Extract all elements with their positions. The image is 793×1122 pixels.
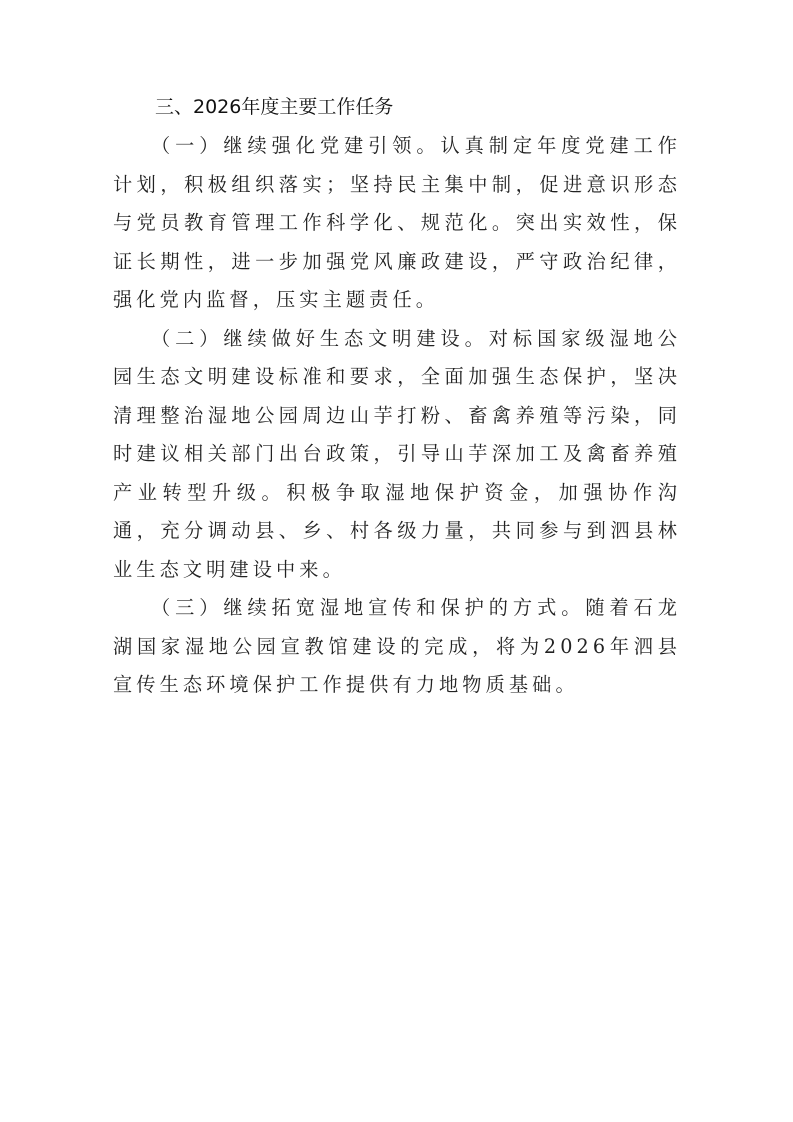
document-page: 三、2026年度主要工作任务 （一）继续强化党建引领。认真制定年度党建工作计划，… (113, 93, 681, 705)
paragraph-party-building: （一）继续强化党建引领。认真制定年度党建工作计划，积极组织落实；坚持民主集中制，… (113, 127, 681, 320)
section-heading: 三、2026年度主要工作任务 (113, 93, 681, 121)
paragraph-ecological-civilization: （二）继续做好生态文明建设。对标国家级湿地公园生态文明建设标准和要求，全面加强生… (113, 320, 681, 590)
paragraph-wetland-publicity: （三）继续拓宽湿地宣传和保护的方式。随着石龙湖国家湿地公园宣教馆建设的完成，将为… (113, 589, 681, 705)
